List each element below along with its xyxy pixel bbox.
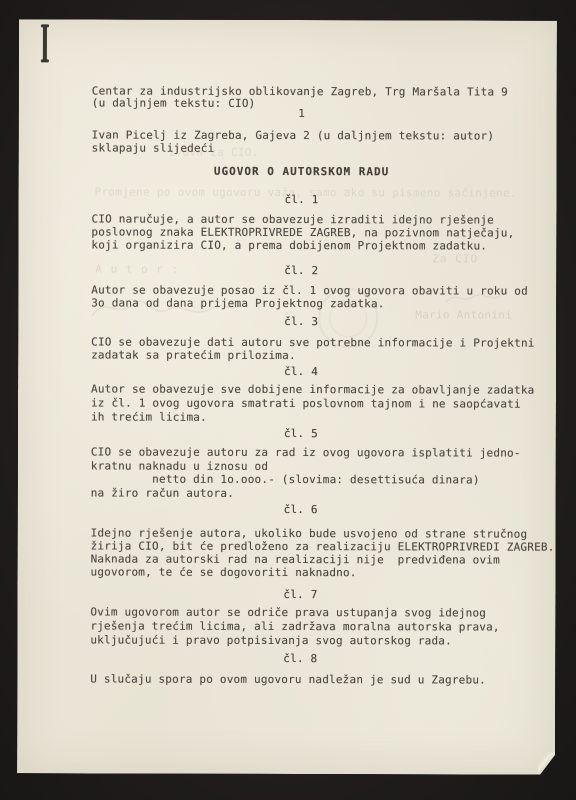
article-line: U slučaju spora po ovom ugovoru nadležan… (90, 672, 486, 686)
article-line: 3o dana od dana prijema Projektnog zadat… (91, 296, 528, 310)
party2-line: Ivan Picelj iz Zagreba, Gajeva 2 (u dalj… (92, 128, 495, 142)
article-line: poslovnog znaka ELEKTROPRIVREDE ZAGREB, … (91, 225, 514, 239)
article-body: Idejno rješenje autora, ukoliko bude usv… (91, 526, 555, 579)
article-heading: čl. 6 (91, 502, 511, 516)
articles: čl. 1CIO naručuje, a autor se obavezuje … (19, 19, 557, 20)
article-line: Autor se obavezuje posao iz čl. 1 ovog u… (91, 283, 528, 297)
article-heading: čl. 4 (91, 364, 511, 378)
article-heading: čl. 8 (90, 651, 510, 665)
article-line: kratnu naknadu u iznosu od (91, 459, 521, 474)
article-line: CIO se obavezuje autoru za rad iz ovog u… (91, 445, 521, 460)
article-body: CIO naručuje, a autor se obavezuje izrad… (91, 212, 514, 252)
article-line: Autor se obavezuje sve dobijene informac… (91, 382, 535, 397)
article-line: rješenja trećim licima, ali zadržava mor… (90, 619, 499, 634)
article-line: iz čl. 1 ovog ugovora smatrati poslovnom… (91, 396, 535, 411)
article-line: Naknada za autorski rad na realizaciji n… (91, 552, 555, 566)
article-body: U slučaju spora po ovom ugovoru nadležan… (90, 672, 486, 686)
article-heading: čl. 2 (91, 263, 511, 277)
ink-mark (43, 25, 47, 61)
article-line: na žiro račun autora. (91, 486, 521, 501)
article-body: CIO se obavezuje autoru za rad iz ovog u… (91, 445, 521, 500)
article-heading: čl. 5 (91, 426, 511, 440)
article-body: Ovim ugovorom autor se odriče prava ustu… (90, 605, 499, 648)
article-heading: čl. 3 (91, 314, 511, 328)
article-body: Autor se obavezuje sve dobijene informac… (91, 382, 535, 425)
article-line: žirija CIO, bit će predloženo za realiza… (91, 539, 555, 553)
item-number: 1 (92, 106, 512, 120)
article-line: CIO se obavezuje dati autoru sve potrebn… (91, 335, 535, 349)
article-line: CIO naručuje, a autor se obavezuje izrad… (91, 212, 514, 226)
article-line: ih trećim licima. (91, 410, 535, 425)
party2-line: sklapaju slijedeći (92, 141, 215, 154)
article-body: Autor se obavezuje posao iz čl. 1 ovog u… (91, 283, 528, 310)
article-heading: čl. 7 (90, 587, 510, 601)
article-line: netto din 1o.ooo.- (slovima: desettisuća… (91, 472, 521, 487)
article-heading: čl. 1 (92, 192, 512, 206)
article-line: ugovorom, te će se dogovoriti naknadno. (91, 565, 555, 579)
page-corner-fold (538, 753, 555, 775)
article-line: Idejno rješenje autora, ukoliko bude usv… (91, 526, 555, 540)
article-line: uključujući i pravo potpisivanja svog au… (90, 633, 499, 648)
article-line: zadatak sa pratećim prilozima. (91, 348, 535, 362)
article-body: CIO se obavezuje dati autoru sve potrebn… (91, 335, 535, 362)
article-line: Ovim ugovorom autor se odriče prava ustu… (90, 605, 499, 620)
document-title: UGOVOR O AUTORSKOM RADU (92, 164, 512, 178)
article-line: koji organizira CIO, a prema dobijenom P… (91, 238, 514, 252)
document-page: i dva za CIO. Promjene po ovom ugovoru v… (17, 19, 557, 774)
